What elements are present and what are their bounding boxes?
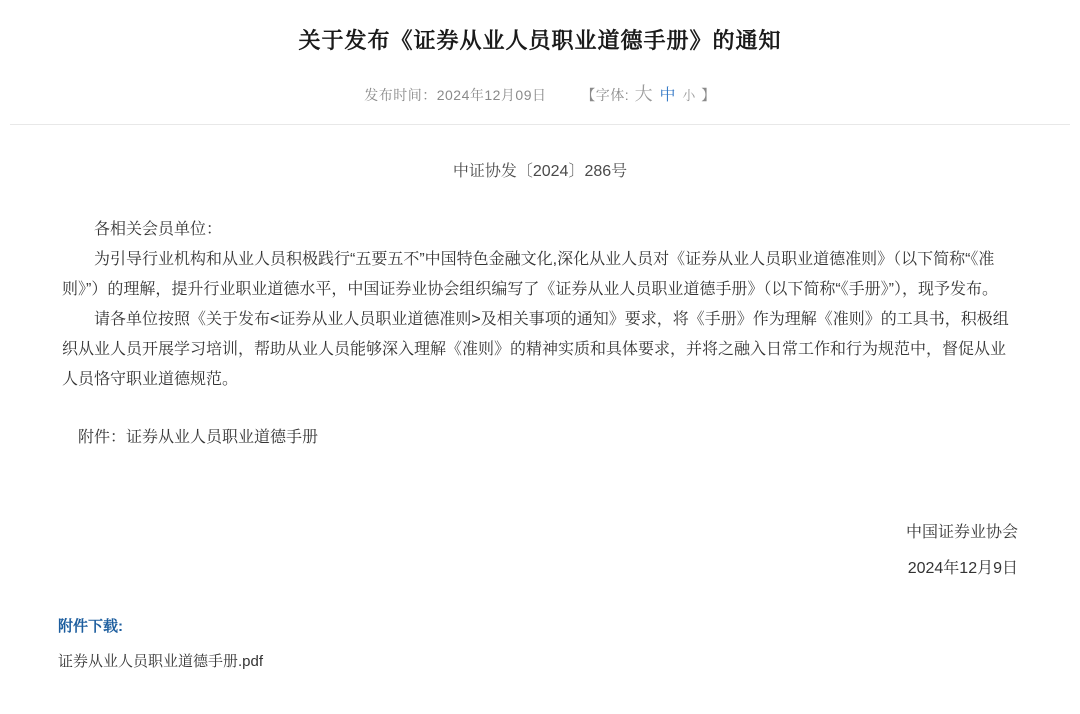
download-section: 附件下载: 证券从业人员职业道德手册.pdf xyxy=(0,615,1080,671)
font-size-small-button[interactable]: 小 xyxy=(682,88,696,103)
page-title: 关于发布《证券从业人员职业道德手册》的通知 xyxy=(0,26,1080,56)
notice-page: 关于发布《证券从业人员职业道德手册》的通知 发布时间：2024年12月09日 【… xyxy=(0,0,1080,714)
font-switch-open-bracket: 【字体: xyxy=(581,87,629,103)
doc-number: 中证协发〔2024〕286号 xyxy=(62,157,1018,187)
download-section-label: 附件下载: xyxy=(58,615,1022,636)
attachment-pdf-link[interactable]: 证券从业人员职业道德手册.pdf xyxy=(58,650,263,671)
salutation: 各相关会员单位： xyxy=(62,215,1018,245)
meta-line: 发布时间：2024年12月09日 【字体: 大 中 小 】 xyxy=(0,80,1080,106)
paragraph-1: 为引导行业机构和从业人员积极践行“五要五不”中国特色金融文化,深化从业人员对《证… xyxy=(62,245,1018,305)
attachment-line: 附件：证券从业人员职业道德手册 xyxy=(62,423,1018,453)
signature-date: 2024年12月9日 xyxy=(62,551,1018,587)
signature-org: 中国证券业协会 xyxy=(62,515,1018,551)
font-size-medium-button[interactable]: 中 xyxy=(659,87,676,104)
publish-time-label: 发布时间： xyxy=(364,87,437,103)
font-switch: 【字体: 大 中 小 】 xyxy=(581,87,715,103)
body-text: 各相关会员单位： 为引导行业机构和从业人员积极践行“五要五不”中国特色金融文化,… xyxy=(62,215,1018,395)
publish-date: 2024年12月09日 xyxy=(437,87,547,103)
doc-body: 中证协发〔2024〕286号 各相关会员单位： 为引导行业机构和从业人员积极践行… xyxy=(0,157,1080,587)
signature-block: 中国证券业协会 2024年12月9日 xyxy=(62,515,1018,587)
doc-header: 关于发布《证券从业人员职业道德手册》的通知 发布时间：2024年12月09日 【… xyxy=(0,0,1080,106)
header-divider xyxy=(10,124,1070,125)
font-size-large-button[interactable]: 大 xyxy=(635,84,654,104)
paragraph-2: 请各单位按照《关于发布<证券从业人员职业道德准则>及相关事项的通知》要求，将《手… xyxy=(62,305,1018,395)
font-switch-close-bracket: 】 xyxy=(701,87,716,103)
